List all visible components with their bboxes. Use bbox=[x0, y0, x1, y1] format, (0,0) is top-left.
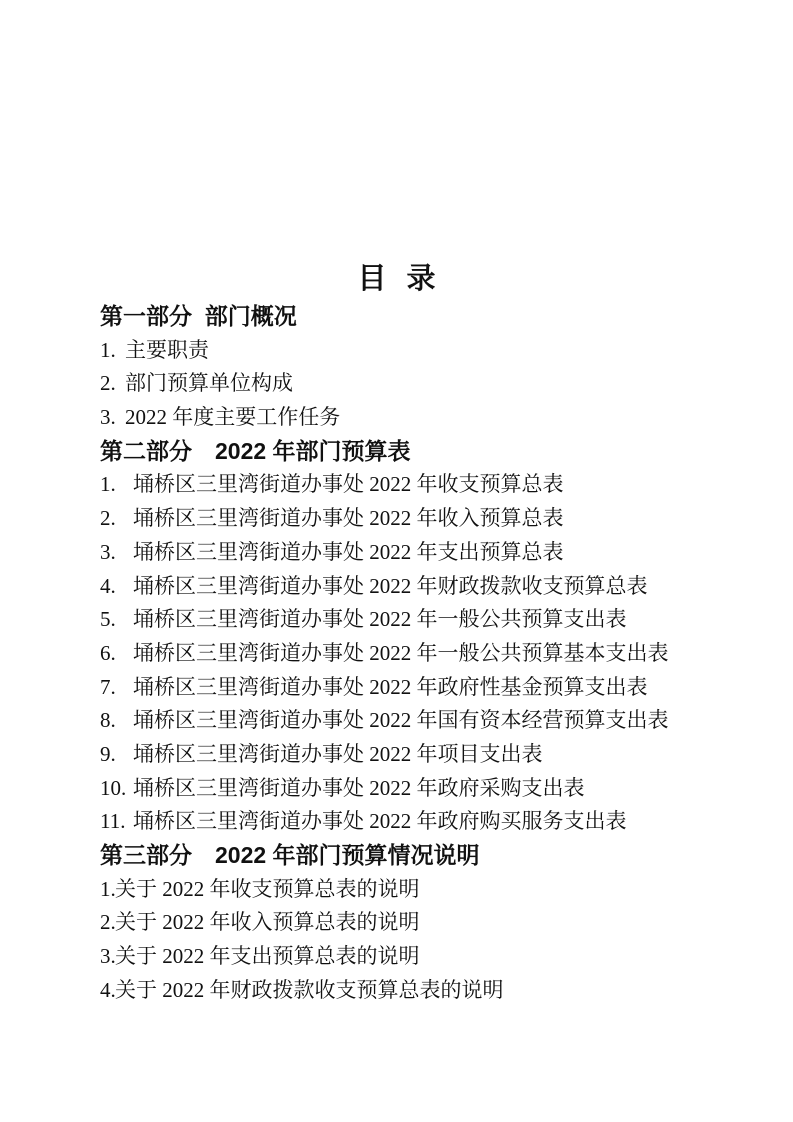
toc-item-text: 关于 2022 年支出预算总表的说明 bbox=[115, 944, 420, 968]
toc-item: 1.关于 2022 年收支预算总表的说明 bbox=[100, 873, 705, 907]
toc-item-text: 埇桥区三里湾街道办事处 2022 年财政拨款收支预算总表 bbox=[133, 574, 648, 598]
toc-item-text: 埇桥区三里湾街道办事处 2022 年一般公共预算基本支出表 bbox=[133, 641, 669, 665]
toc-item: 3.关于 2022 年支出预算总表的说明 bbox=[100, 940, 705, 974]
section-heading: 第三部分 2022 年部门预算情况说明 bbox=[100, 839, 705, 873]
toc-item-text: 埇桥区三里湾街道办事处 2022 年一般公共预算支出表 bbox=[133, 607, 627, 631]
toc-item: 1.埇桥区三里湾街道办事处 2022 年收支预算总表 bbox=[100, 468, 705, 502]
toc-item: 1.主要职责 bbox=[100, 334, 705, 368]
section-heading: 第一部分 部门概况 bbox=[100, 300, 705, 334]
toc-item: 6.埇桥区三里湾街道办事处 2022 年一般公共预算基本支出表 bbox=[100, 637, 705, 671]
toc-item-number: 1. bbox=[100, 873, 115, 907]
toc-item-text: 埇桥区三里湾街道办事处 2022 年收入预算总表 bbox=[133, 506, 564, 530]
toc-item-number: 1. bbox=[100, 334, 125, 368]
toc-item-number: 3. bbox=[100, 401, 125, 435]
toc-item-text: 关于 2022 年财政拨款收支预算总表的说明 bbox=[115, 978, 504, 1002]
toc-item: 11.埇桥区三里湾街道办事处 2022 年政府购买服务支出表 bbox=[100, 805, 705, 839]
toc-item: 2.埇桥区三里湾街道办事处 2022 年收入预算总表 bbox=[100, 502, 705, 536]
toc-item-text: 主要职责 bbox=[125, 338, 209, 362]
toc-item: 4.关于 2022 年财政拨款收支预算总表的说明 bbox=[100, 974, 705, 1008]
section-part-3: 第三部分 2022 年部门预算情况说明 1.关于 2022 年收支预算总表的说明… bbox=[100, 839, 705, 1007]
toc-item-number: 8. bbox=[100, 704, 133, 738]
toc-item-number: 3. bbox=[100, 536, 133, 570]
toc-item-text: 埇桥区三里湾街道办事处 2022 年政府购买服务支出表 bbox=[133, 809, 627, 833]
toc-item-number: 5. bbox=[100, 603, 133, 637]
toc-item-number: 2. bbox=[100, 906, 115, 940]
toc-item-number: 1. bbox=[100, 468, 133, 502]
section-part-1: 第一部分 部门概况 1.主要职责 2.部门预算单位构成 3.2022 年度主要工… bbox=[100, 300, 705, 435]
toc-item-number: 9. bbox=[100, 738, 133, 772]
toc-item-text: 埇桥区三里湾街道办事处 2022 年支出预算总表 bbox=[133, 540, 564, 564]
toc-item-text: 部门预算单位构成 bbox=[125, 371, 293, 395]
toc-item-text: 埇桥区三里湾街道办事处 2022 年收支预算总表 bbox=[133, 472, 564, 496]
toc-item-number: 6. bbox=[100, 637, 133, 671]
section-part-2: 第二部分 2022 年部门预算表 1.埇桥区三里湾街道办事处 2022 年收支预… bbox=[100, 435, 705, 839]
toc-item-number: 10. bbox=[100, 772, 133, 806]
toc-item: 3.埇桥区三里湾街道办事处 2022 年支出预算总表 bbox=[100, 536, 705, 570]
toc-item-number: 3. bbox=[100, 940, 115, 974]
toc-item: 2.关于 2022 年收入预算总表的说明 bbox=[100, 906, 705, 940]
toc-item-text: 埇桥区三里湾街道办事处 2022 年项目支出表 bbox=[133, 742, 543, 766]
section-heading: 第二部分 2022 年部门预算表 bbox=[100, 435, 705, 469]
toc-item: 2.部门预算单位构成 bbox=[100, 367, 705, 401]
page-title: 目 录 bbox=[0, 0, 793, 300]
toc-item: 8.埇桥区三里湾街道办事处 2022 年国有资本经营预算支出表 bbox=[100, 704, 705, 738]
toc-item-number: 11. bbox=[100, 805, 133, 839]
toc-item-text: 关于 2022 年收入预算总表的说明 bbox=[115, 910, 420, 934]
toc-item: 5.埇桥区三里湾街道办事处 2022 年一般公共预算支出表 bbox=[100, 603, 705, 637]
toc-item-text: 2022 年度主要工作任务 bbox=[125, 405, 340, 429]
toc-item-text: 埇桥区三里湾街道办事处 2022 年政府性基金预算支出表 bbox=[133, 675, 648, 699]
toc-item-number: 7. bbox=[100, 671, 133, 705]
toc-item: 10.埇桥区三里湾街道办事处 2022 年政府采购支出表 bbox=[100, 772, 705, 806]
toc-item: 7.埇桥区三里湾街道办事处 2022 年政府性基金预算支出表 bbox=[100, 671, 705, 705]
toc-item-text: 关于 2022 年收支预算总表的说明 bbox=[115, 877, 420, 901]
toc-item: 4.埇桥区三里湾街道办事处 2022 年财政拨款收支预算总表 bbox=[100, 570, 705, 604]
toc-content: 第一部分 部门概况 1.主要职责 2.部门预算单位构成 3.2022 年度主要工… bbox=[0, 300, 793, 1007]
toc-item: 9.埇桥区三里湾街道办事处 2022 年项目支出表 bbox=[100, 738, 705, 772]
toc-item-number: 4. bbox=[100, 974, 115, 1008]
toc-item-number: 4. bbox=[100, 570, 133, 604]
document-page: 目 录 第一部分 部门概况 1.主要职责 2.部门预算单位构成 3.2022 年… bbox=[0, 0, 793, 1122]
toc-item: 3.2022 年度主要工作任务 bbox=[100, 401, 705, 435]
toc-item-number: 2. bbox=[100, 502, 133, 536]
toc-item-number: 2. bbox=[100, 367, 125, 401]
toc-item-text: 埇桥区三里湾街道办事处 2022 年国有资本经营预算支出表 bbox=[133, 708, 669, 732]
toc-item-text: 埇桥区三里湾街道办事处 2022 年政府采购支出表 bbox=[133, 776, 585, 800]
